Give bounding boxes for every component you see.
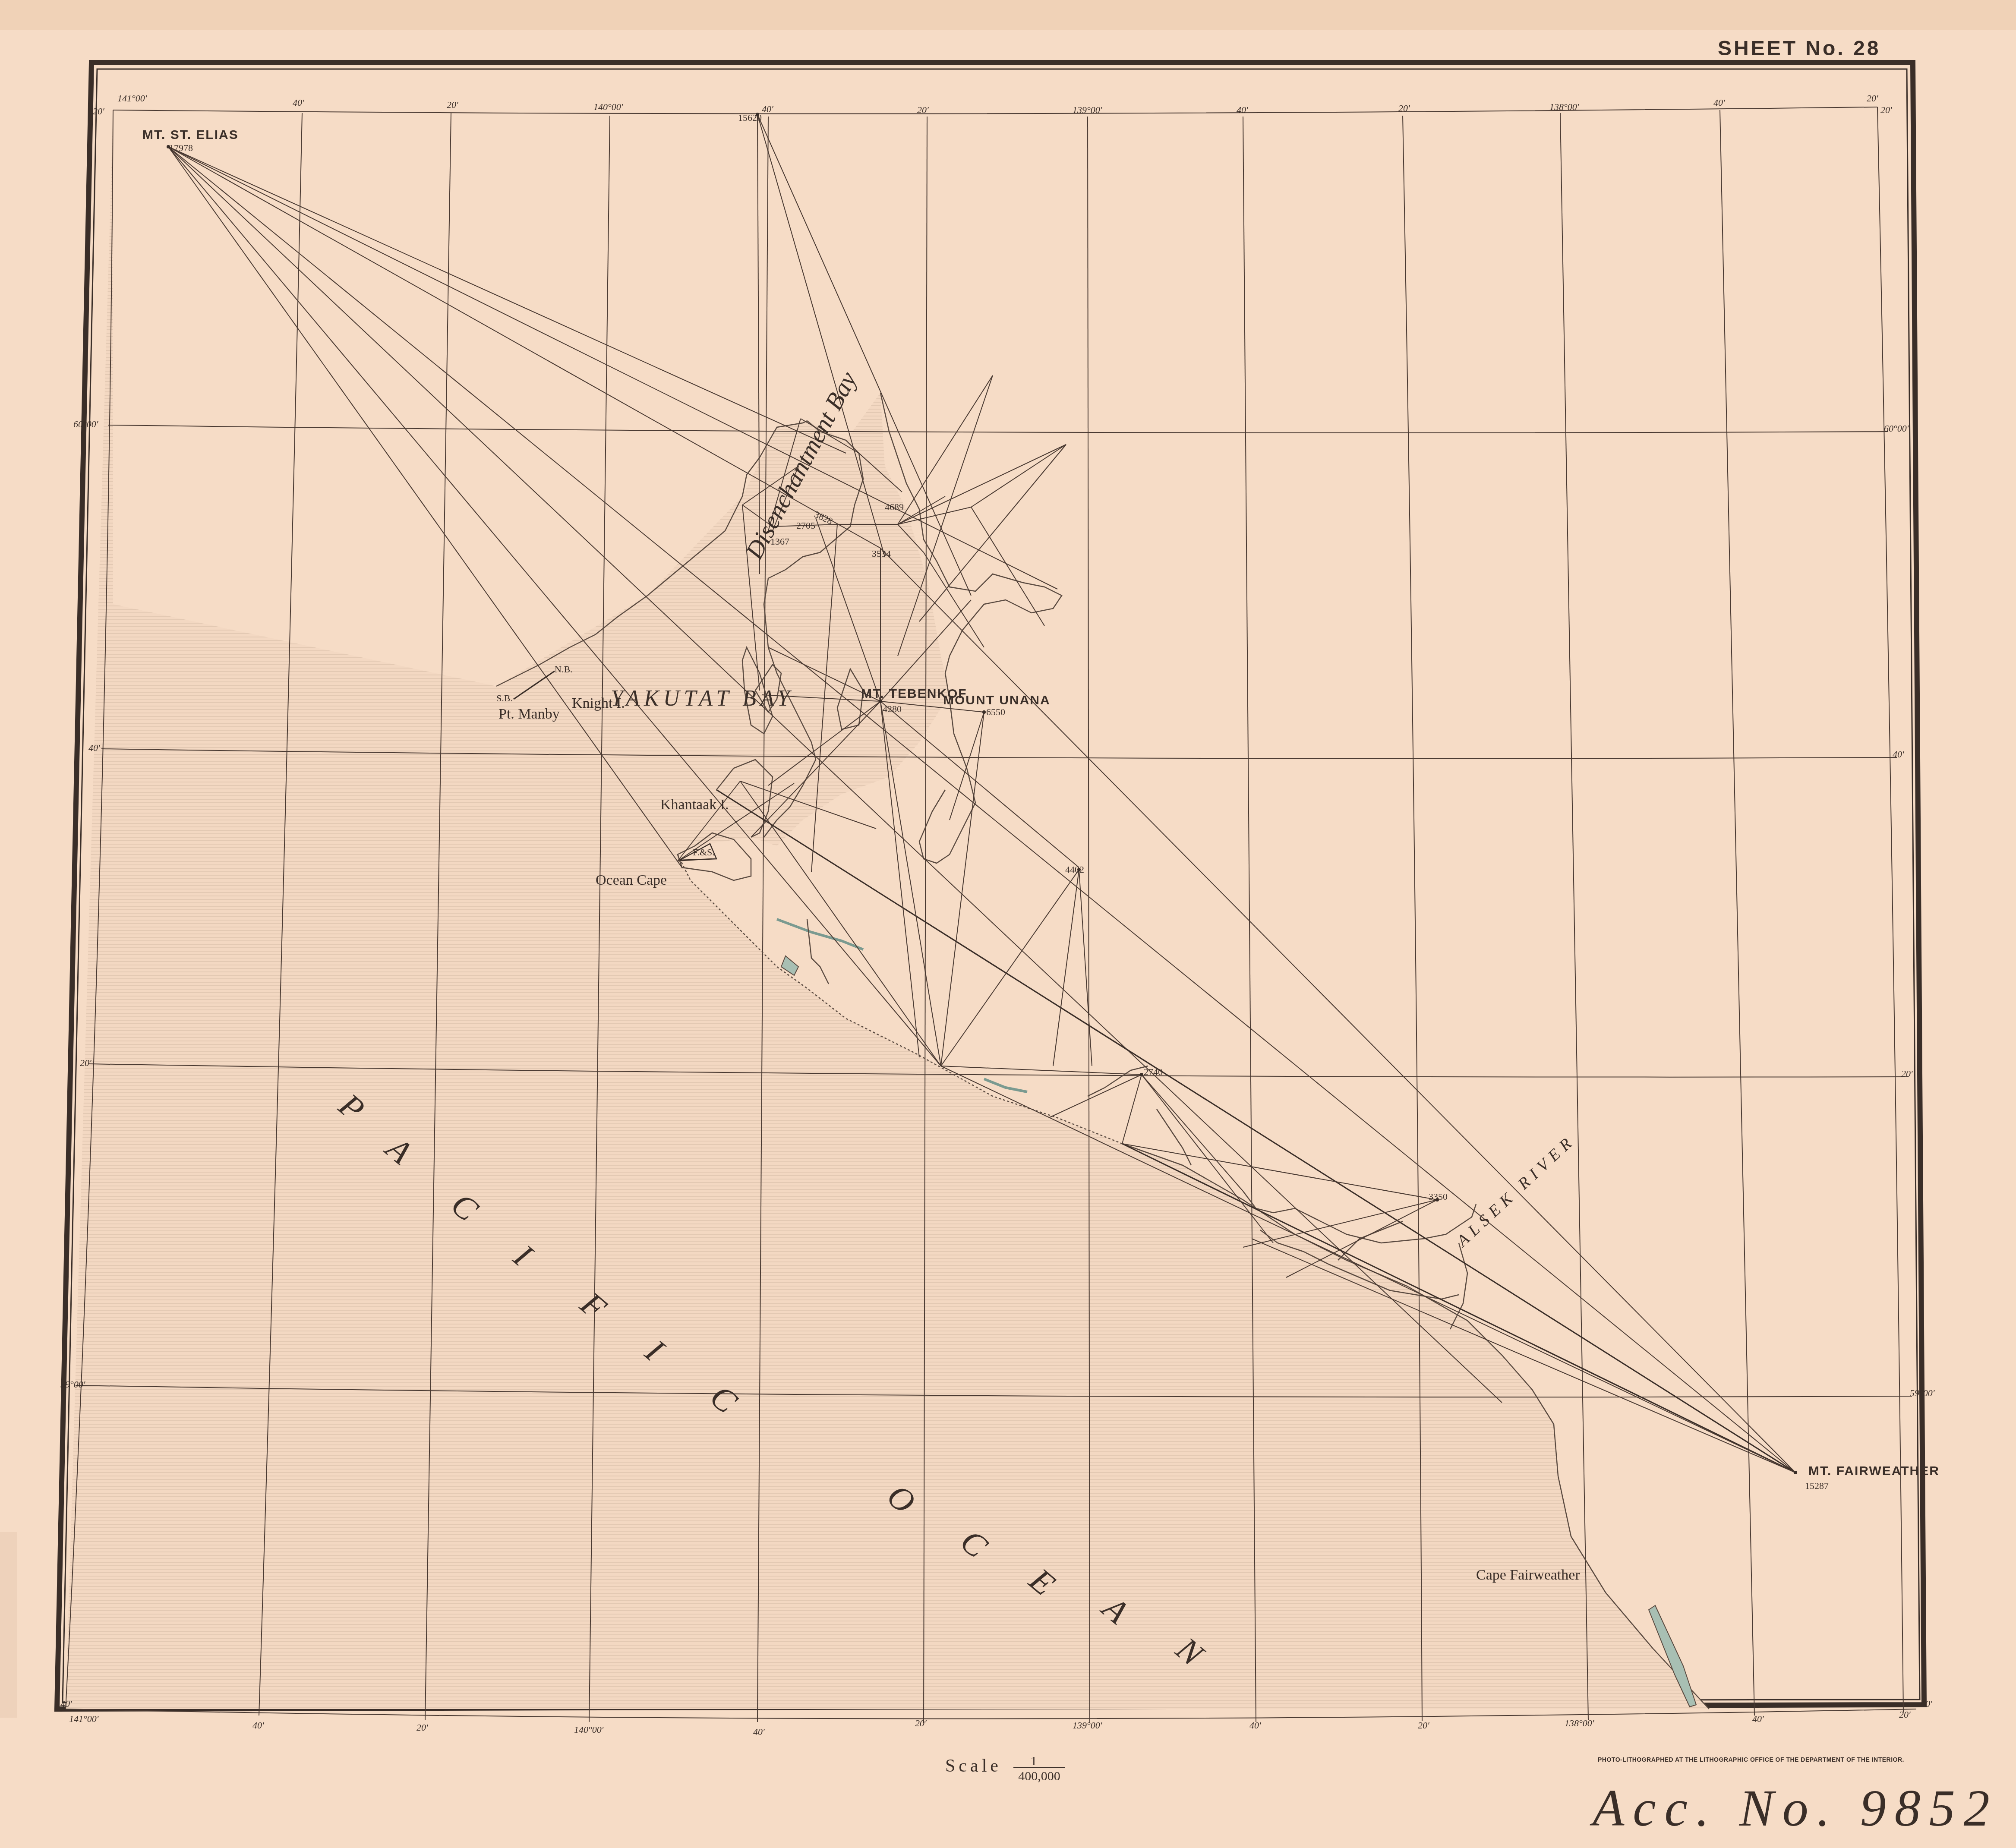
lon-label-bottom: 20′ [915, 1718, 927, 1728]
place-label-sb: S.B. [496, 693, 513, 703]
scale-denominator: 400,000 [1018, 1769, 1060, 1783]
lat-label-right: 20′ [1880, 104, 1893, 115]
peak-label-unana: MOUNT UNANA [943, 693, 1051, 707]
lon-label-top: 141°00′ [117, 93, 148, 104]
place-label-nb: N.B. [555, 664, 573, 675]
lat-label-left: 40′ [60, 1698, 73, 1709]
map-canvas: SHEET No. 28 141°00′ 40′ 20′ 140°00′ 40′… [0, 0, 2016, 1848]
lat-label-right: 40′ [1893, 749, 1905, 760]
station-3350: 3350 [1429, 1191, 1448, 1202]
station-2705: 2705 [796, 520, 815, 531]
lat-label-right: 40′ [1921, 1698, 1933, 1709]
lat-label-right: 59°00′ [1910, 1388, 1935, 1398]
place-label-pt-manby: Pt. Manby [498, 706, 560, 722]
elevation-st-elias: 17978 [169, 142, 193, 153]
lon-label-top: 20′ [917, 104, 929, 115]
station-4402: 4402 [1065, 864, 1084, 875]
lat-label-left: 59°00′ [60, 1379, 86, 1390]
station-4689: 4689 [885, 501, 904, 512]
place-label-cape-fairweather: Cape Fairweather [1476, 1567, 1580, 1583]
water-label-yakutat-bay: YAKUTAT BAY [611, 686, 794, 711]
place-label-khantaak-island: Khantaak I. [660, 797, 729, 813]
lon-label-top: 40′ [1713, 97, 1726, 108]
lon-label-bottom: 40′ [1249, 1720, 1262, 1731]
map-sheet: SHEET No. 28 141°00′ 40′ 20′ 140°00′ 40′… [0, 0, 2016, 1848]
lon-label-bottom: 138°00′ [1565, 1718, 1595, 1728]
accession-number: Acc. No. 9852 [1590, 1779, 1998, 1837]
peak-label-fairweather: MT. FAIRWEATHER [1808, 1464, 1940, 1478]
lon-label-bottom: 40′ [1752, 1713, 1764, 1724]
lat-label-right: 20′ [1901, 1068, 1913, 1079]
elevation-tebenkof: 4280 [883, 703, 902, 714]
place-label-ocean-cape: Ocean Cape [596, 872, 667, 888]
imprint-text: PHOTO-LITHOGRAPHED AT THE LITHOGRAPHIC O… [1598, 1756, 1904, 1763]
lon-label-top: 20′ [1867, 93, 1879, 104]
lon-label-top: 140°00′ [593, 101, 624, 112]
lat-label-right: 60°00′ [1884, 423, 1909, 434]
lon-label-top: 40′ [762, 104, 774, 114]
lon-label-bottom: 140°00′ [574, 1724, 604, 1735]
lon-label-top: 138°00′ [1549, 101, 1580, 112]
elevation-fairweather: 15287 [1805, 1480, 1829, 1491]
lon-label-top: 40′ [293, 97, 305, 108]
lat-label-left: 40′ [88, 742, 101, 753]
peak-label-st-elias: MT. ST. ELIAS [142, 128, 239, 142]
paper-fold-edge [0, 1532, 17, 1718]
station-2740: 2740 [1144, 1066, 1163, 1077]
lon-label-bottom: 40′ [252, 1720, 265, 1731]
lat-label-left: 60°00′ [73, 419, 99, 429]
sheet-title: SHEET No. 28 [1718, 37, 1880, 60]
lon-label-bottom: 20′ [1418, 1720, 1430, 1731]
lon-label-top: 20′ [447, 99, 459, 110]
lon-label-bottom: 20′ [1899, 1709, 1911, 1720]
lon-label-top: 139°00′ [1073, 104, 1103, 115]
paper-stain-top [0, 0, 2016, 30]
station-3534: 3534 [872, 548, 891, 559]
lon-label-top: 20′ [1398, 103, 1410, 114]
lon-label-bottom: 40′ [753, 1726, 765, 1737]
lon-label-bottom: 20′ [416, 1722, 429, 1733]
lon-label-bottom: 139°00′ [1073, 1720, 1103, 1731]
lat-label-left: 20′ [93, 106, 105, 117]
elevation-north-station: 15620 [738, 112, 762, 123]
lon-label-bottom: 141°00′ [69, 1713, 99, 1724]
lat-label-left: 20′ [80, 1057, 92, 1068]
triangle-station-label: F.&S. [693, 847, 715, 858]
elevation-unana: 6550 [986, 706, 1005, 717]
lon-label-top: 40′ [1237, 104, 1249, 115]
scale-label: Scale [945, 1756, 1002, 1776]
scale-numerator: 1 [1031, 1754, 1037, 1768]
